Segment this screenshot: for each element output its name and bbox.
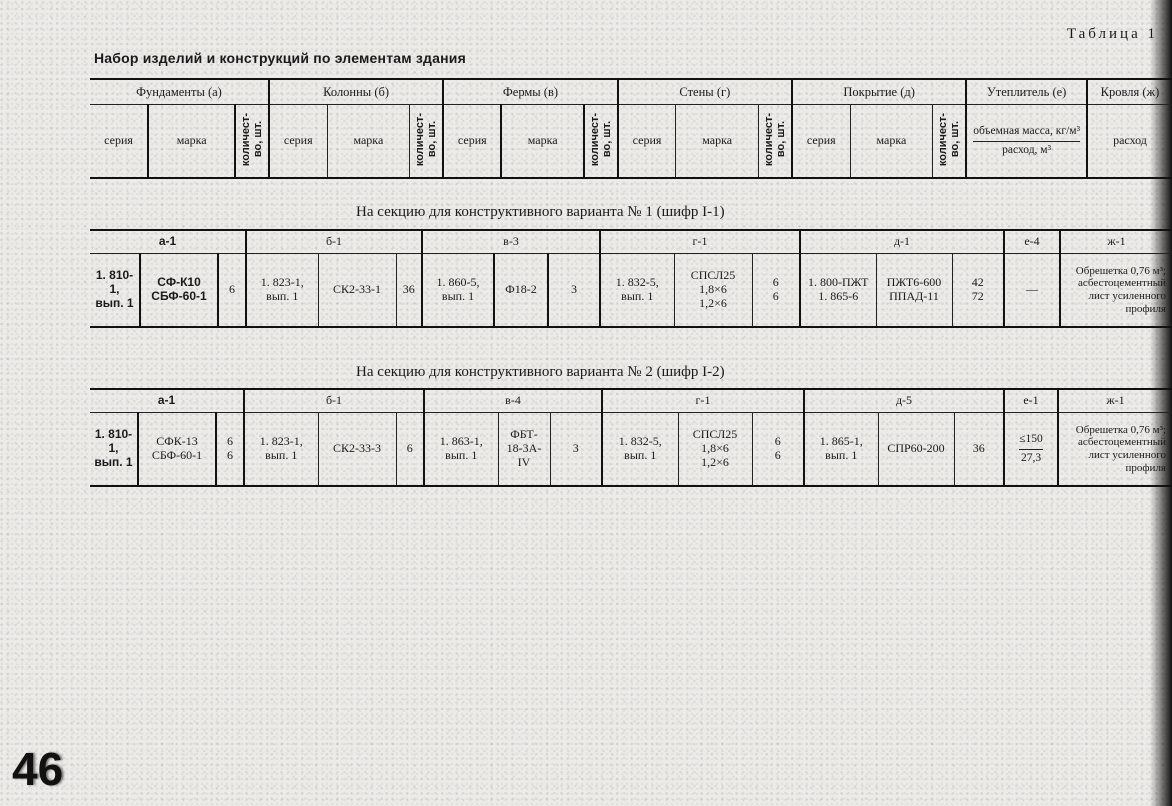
a-mark: СФ-К10 СБФ-60-1 (140, 254, 218, 328)
col-mark: марка (327, 105, 410, 179)
code-a: а-1 (90, 389, 244, 413)
page-number: 46 (12, 742, 63, 796)
d-qty: 42 72 (952, 254, 1004, 328)
group-insulation: Утеплитель (е) (966, 79, 1087, 105)
col-qty: количест- во, шт. (763, 113, 787, 166)
b-series: 1. 823-1, вып. 1 (244, 413, 318, 487)
e-density: ≤150 (1019, 433, 1043, 449)
b-mark: СК2-33-1 (318, 254, 396, 328)
v-series: 1. 863-1, вып. 1 (424, 413, 498, 487)
insulation-density-label: объемная масса, кг/м³ (973, 125, 1080, 141)
code-d: д-1 (800, 230, 1004, 254)
d-mark: ПЖТ6-600 ППАД-11 (876, 254, 952, 328)
table-row: 1. 810-1, вып. 1 СФК-13 СБФ-60-1 6 6 1. … (90, 413, 1172, 487)
e-fraction: ≤150 27,3 (1019, 433, 1043, 464)
b-qty: 36 (396, 254, 422, 328)
code-v: в-4 (424, 389, 602, 413)
code-g: г-1 (602, 389, 804, 413)
d-qty: 36 (954, 413, 1004, 487)
section-title-variant-2: На секцию для конструктивного варианта №… (356, 364, 725, 381)
header-table: Фундаменты (а) Колонны (б) Фермы (в) Сте… (90, 78, 1172, 179)
col-qty: количест- во, шт. (589, 113, 613, 166)
variant-2-table: а-1 б-1 в-4 г-1 д-5 е-1 ж-1 1. 810-1, вы… (90, 388, 1172, 487)
b-mark: СК2-33-3 (318, 413, 396, 487)
col-series: серия (269, 105, 327, 179)
code-e: е-4 (1004, 230, 1060, 254)
col-series: серия (443, 105, 501, 179)
col-qty: количест- во, шт. (414, 113, 438, 166)
group-trusses: Фермы (в) (443, 79, 617, 105)
code-e: е-1 (1004, 389, 1058, 413)
b-qty: 6 (396, 413, 424, 487)
d-series: 1. 800-ПЖТ 1. 865-6 (800, 254, 876, 328)
v-series: 1. 860-5, вып. 1 (422, 254, 494, 328)
a-series: 1. 810-1, вып. 1 (90, 254, 140, 328)
code-v: в-3 (422, 230, 600, 254)
code-a: а-1 (90, 230, 246, 254)
a-mark: СФК-13 СБФ-60-1 (138, 413, 216, 487)
group-roof: Кровля (ж) (1087, 79, 1172, 105)
code-d: д-5 (804, 389, 1004, 413)
e-consumption: 27,3 (1019, 450, 1043, 465)
insulation-fraction: объемная масса, кг/м³ расход, м³ (973, 125, 1080, 156)
code-zh: ж-1 (1060, 230, 1172, 254)
b-series: 1. 823-1, вып. 1 (246, 254, 318, 328)
col-mark: марка (676, 105, 759, 179)
group-columns: Колонны (б) (269, 79, 443, 105)
col-series: серия (618, 105, 676, 179)
code-b: б-1 (246, 230, 422, 254)
table-row: 1. 810-1, вып. 1 СФ-К10 СБФ-60-1 6 1. 82… (90, 254, 1172, 328)
group-foundations: Фундаменты (а) (90, 79, 269, 105)
col-roof-consumption: расход (1087, 105, 1172, 179)
col-qty: количест- во, шт. (937, 113, 961, 166)
v-mark: ФБТ- 18-3А- IV (498, 413, 550, 487)
v-qty: 3 (550, 413, 602, 487)
group-walls: Стены (г) (618, 79, 792, 105)
zh-value: Обрешетка 0,76 м³; асбестоцементный лист… (1060, 254, 1172, 328)
group-roofing: Покрытие (д) (792, 79, 966, 105)
a-series: 1. 810-1, вып. 1 (90, 413, 138, 487)
g-series: 1. 832-5, вып. 1 (602, 413, 678, 487)
v-qty: 3 (548, 254, 600, 328)
col-qty: количест- во, шт. (240, 113, 264, 166)
col-series: серия (792, 105, 850, 179)
a-qty: 6 6 (216, 413, 244, 487)
e-value: — (1004, 254, 1060, 328)
d-series: 1. 865-1, вып. 1 (804, 413, 878, 487)
v-mark: Ф18-2 (494, 254, 548, 328)
g-qty: 6 6 (752, 254, 800, 328)
g-mark: СПСЛ25 1,8×6 1,2×6 (674, 254, 752, 328)
code-b: б-1 (244, 389, 424, 413)
code-g: г-1 (600, 230, 800, 254)
g-mark: СПСЛ25 1,8×6 1,2×6 (678, 413, 752, 487)
zh-value: Обрешетка 0,76 м³; асбестоцементный лист… (1058, 413, 1172, 487)
col-series: серия (90, 105, 148, 179)
section-title-variant-1: На секцию для конструктивного варианта №… (356, 204, 725, 221)
g-series: 1. 832-5, вып. 1 (600, 254, 674, 328)
col-mark: марка (148, 105, 235, 179)
a-qty: 6 (218, 254, 246, 328)
variant-1-table: а-1 б-1 в-3 г-1 д-1 е-4 ж-1 1. 810-1, вы… (90, 229, 1172, 328)
code-zh: ж-1 (1058, 389, 1172, 413)
insulation-consumption-label: расход, м³ (973, 142, 1080, 157)
table-label: Таблица 1 (1067, 26, 1158, 43)
d-mark: СПР60-200 (878, 413, 954, 487)
col-mark: марка (501, 105, 584, 179)
col-mark: марка (850, 105, 933, 179)
g-qty: 6 6 (752, 413, 804, 487)
document-title: Набор изделий и конструкций по элементам… (94, 50, 466, 66)
